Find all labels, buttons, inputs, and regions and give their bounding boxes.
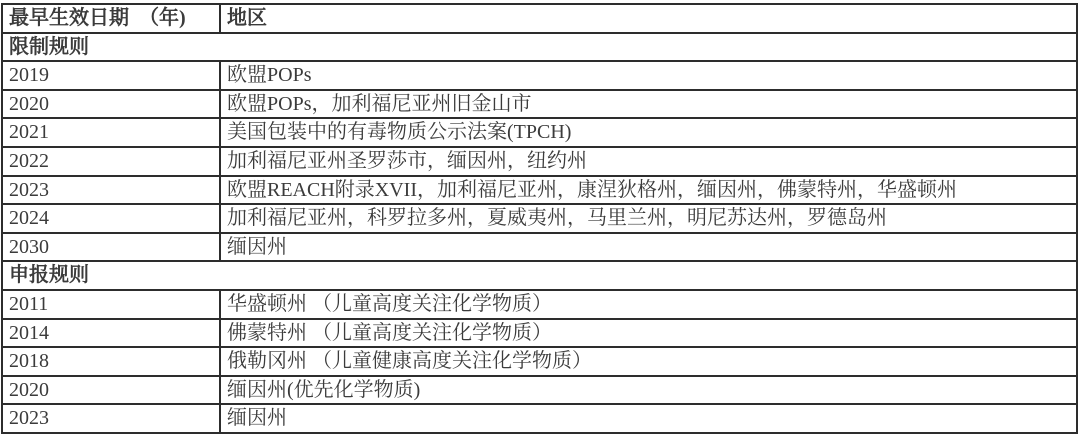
regulations-table: 最早生效日期 （年) 地区 限制规则 2019 欧盟POPs 2020 欧盟PO… [1, 3, 1078, 434]
table-header-row: 最早生效日期 （年) 地区 [2, 4, 1077, 33]
table-row: 2014 佛蒙特州 （儿童高度关注化学物质） [2, 319, 1077, 348]
region-cell: 欧盟POPs [220, 61, 1077, 90]
region-cell: 缅因州 [220, 404, 1077, 433]
region-cell: 华盛顿州 （儿童高度关注化学物质） [220, 290, 1077, 319]
year-cell: 2018 [2, 347, 220, 376]
section-restriction-rules: 限制规则 [2, 33, 1077, 62]
table-row: 2021 美国包装中的有毒物质公示法案(TPCH) [2, 118, 1077, 147]
year-cell: 2023 [2, 404, 220, 433]
year-cell: 2014 [2, 319, 220, 348]
year-cell: 2022 [2, 147, 220, 176]
region-cell: 佛蒙特州 （儿童高度关注化学物质） [220, 319, 1077, 348]
year-cell: 2023 [2, 176, 220, 205]
table-row: 2011 华盛顿州 （儿童高度关注化学物质） [2, 290, 1077, 319]
year-cell: 2011 [2, 290, 220, 319]
region-cell: 美国包装中的有毒物质公示法案(TPCH) [220, 118, 1077, 147]
year-cell: 2019 [2, 61, 220, 90]
section-reporting-rules: 申报规则 [2, 261, 1077, 290]
table-row: 2030 缅因州 [2, 233, 1077, 262]
regulations-table-container: 最早生效日期 （年) 地区 限制规则 2019 欧盟POPs 2020 欧盟PO… [1, 3, 1078, 434]
year-cell: 2030 [2, 233, 220, 262]
header-effective-date: 最早生效日期 （年) [2, 4, 220, 33]
region-cell: 欧盟REACH附录XVII，加利福尼亚州，康涅狄格州，缅因州，佛蒙特州，华盛顿州 [220, 176, 1077, 205]
region-cell: 加利福尼亚州，科罗拉多州，夏威夷州，马里兰州，明尼苏达州，罗德岛州 [220, 204, 1077, 233]
table-row: 2023 欧盟REACH附录XVII，加利福尼亚州，康涅狄格州，缅因州，佛蒙特州… [2, 176, 1077, 205]
region-cell: 缅因州 [220, 233, 1077, 262]
section-title: 申报规则 [2, 261, 1077, 290]
table-row: 2024 加利福尼亚州，科罗拉多州，夏威夷州，马里兰州，明尼苏达州，罗德岛州 [2, 204, 1077, 233]
region-cell: 俄勒冈州 （儿童健康高度关注化学物质） [220, 347, 1077, 376]
year-cell: 2020 [2, 90, 220, 119]
table-row: 2020 欧盟POPs，加利福尼亚州旧金山市 [2, 90, 1077, 119]
table-row: 2018 俄勒冈州 （儿童健康高度关注化学物质） [2, 347, 1077, 376]
table-row: 2022 加利福尼亚州圣罗莎市，缅因州，纽约州 [2, 147, 1077, 176]
header-region: 地区 [220, 4, 1077, 33]
table-row: 2023 缅因州 [2, 404, 1077, 433]
region-cell: 加利福尼亚州圣罗莎市，缅因州，纽约州 [220, 147, 1077, 176]
section-title: 限制规则 [2, 33, 1077, 62]
table-row: 2020 缅因州(优先化学物质) [2, 376, 1077, 405]
year-cell: 2021 [2, 118, 220, 147]
region-cell: 缅因州(优先化学物质) [220, 376, 1077, 405]
region-cell: 欧盟POPs，加利福尼亚州旧金山市 [220, 90, 1077, 119]
table-row: 2019 欧盟POPs [2, 61, 1077, 90]
year-cell: 2024 [2, 204, 220, 233]
year-cell: 2020 [2, 376, 220, 405]
